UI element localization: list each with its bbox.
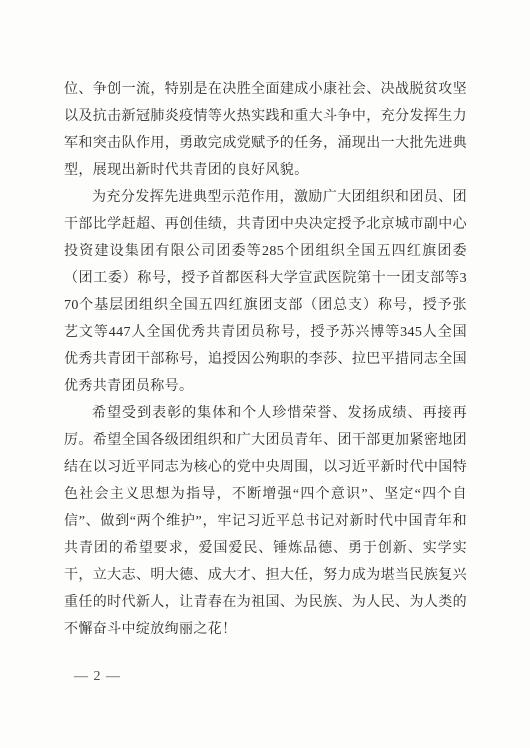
page-number: — 2 — [74, 667, 121, 687]
scanned-document-page: 位、争创一流，特别是在决胜全面建成小康社会、决战脱贫攻坚以及抗击新冠肺炎疫情等火… [0, 0, 530, 748]
document-body: 位、争创一流，特别是在决胜全面建成小康社会、决战脱贫攻坚以及抗击新冠肺炎疫情等火… [64, 76, 467, 643]
paragraph-continuation: 位、争创一流，特别是在决胜全面建成小康社会、决战脱贫攻坚以及抗击新冠肺炎疫情等火… [64, 76, 467, 184]
paragraph-hopes-and-expectations: 希望受到表彰的集体和个人珍惜荣誉、发扬成绩、再接再厉。希望全国各级团组织和广大团… [64, 400, 467, 643]
paragraph-commendation-decision: 为充分发挥先进典型示范作用，激励广大团组织和团员、团干部比学赶超、再创佳绩，共青… [64, 184, 467, 400]
